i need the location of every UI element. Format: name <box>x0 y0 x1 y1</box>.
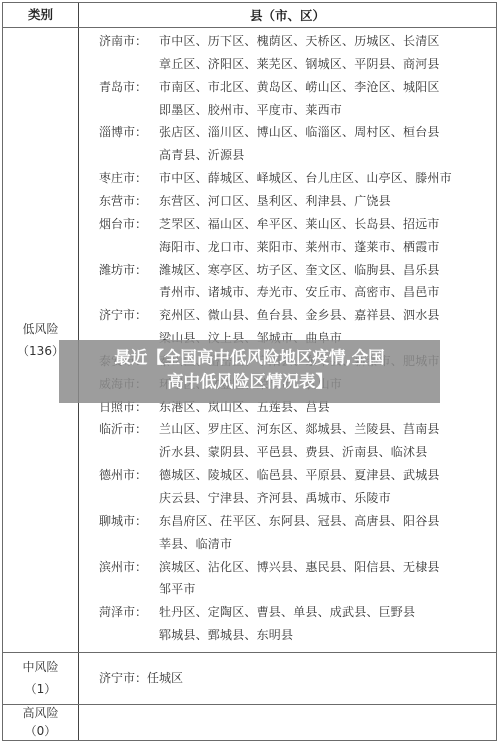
district-list: 市中区、薛城区、峄城区、台儿庄区、山亭区、滕州市 <box>159 167 452 189</box>
overlay-title-line1: 最近【全国高中低风险地区疫情,全国 <box>59 346 440 370</box>
medium-risk-category-cell: 中风险 （1） <box>3 652 78 704</box>
city-name: 枣庄市： <box>99 167 159 189</box>
district-list: 莘县、临清市 <box>159 533 232 555</box>
district-list: 郓城县、鄄城县、东明县 <box>159 624 293 646</box>
district-list: 沂水县、蒙阴县、平邑县、费县、沂南县、临沭县 <box>159 441 427 463</box>
district-list: 兖州区、微山县、鱼台县、金乡县、嘉祥县、泗水县 <box>159 304 440 326</box>
district-list: 任城区 <box>147 671 183 685</box>
district-list: 东昌府区、茌平区、东阿县、冠县、高唐县、阳谷县 <box>159 510 440 532</box>
low-risk-count: （136） <box>17 340 64 362</box>
district-list: 市南区、市北区、黄岛区、崂山区、李沧区、城阳区 <box>159 76 440 98</box>
city-name: 东营市： <box>99 190 159 212</box>
district-list: 高青县、沂源县 <box>159 144 244 166</box>
district-list: 市中区、历下区、槐荫区、天桥区、历城区、长清区 <box>159 30 440 52</box>
district-list: 青州市、诸城市、寿光市、安丘市、高密市、昌邑市 <box>159 281 440 303</box>
district-list: 张店区、淄川区、博山区、临淄区、周村区、桓台县 <box>159 121 440 143</box>
city-name: 济南市： <box>99 30 159 52</box>
title-overlay-banner: 最近【全国高中低风险地区疫情,全国 高中低风险区情况表】 <box>59 340 440 403</box>
header-category: 类别 <box>28 4 53 26</box>
city-name: 德州市： <box>99 464 159 486</box>
district-list: 庆云县、宁津县、齐河县、禹城市、乐陵市 <box>159 487 391 509</box>
low-risk-label: 低风险 <box>22 318 58 340</box>
city-name: 济宁市： <box>99 304 159 326</box>
medium-risk-count: （1） <box>25 678 57 700</box>
overlay-title-line2: 高中低风险区情况表】 <box>59 370 440 394</box>
city-name: 烟台市： <box>99 213 159 235</box>
district-list: 滨城区、沾化区、博兴县、惠民县、阳信县、无棣县 <box>159 556 440 578</box>
district-list: 邹平市 <box>159 578 196 600</box>
city-name: 滨州市： <box>99 556 159 578</box>
district-list: 东营区、河口区、垦利区、利津县、广饶县 <box>159 190 391 212</box>
high-risk-label: 高风险 <box>22 704 58 722</box>
district-list: 章丘区、济阳区、莱芜区、钢城区、平阴县、商河县 <box>159 53 440 75</box>
medium-risk-area-line: 济宁市：任城区 <box>99 667 183 689</box>
district-list: 即墨区、胶州市、平度市、莱西市 <box>159 99 342 121</box>
high-risk-category-cell: 高风险 （0） <box>3 704 78 740</box>
medium-risk-areas: 济宁市：任城区 <box>79 652 496 704</box>
city-name: 菏泽市： <box>99 601 159 623</box>
city-name: 济宁市： <box>99 671 147 685</box>
district-list: 芝罘区、福山区、牟平区、莱山区、长岛县、招远市 <box>159 213 440 235</box>
city-name: 淄博市： <box>99 121 159 143</box>
high-risk-count: （0） <box>25 722 57 740</box>
district-list: 牡丹区、定陶区、曹县、单县、成武县、巨野县 <box>159 601 415 623</box>
medium-risk-label: 中风险 <box>22 656 58 678</box>
district-list: 兰山区、罗庄区、河东区、郯城县、兰陵县、莒南县 <box>159 418 440 440</box>
city-name: 潍坊市： <box>99 259 159 281</box>
high-risk-areas <box>79 704 496 740</box>
city-name: 聊城市： <box>99 510 159 532</box>
header-areas: 县（市、区） <box>250 8 325 23</box>
header-areas-cell: 县（市、区） <box>79 3 496 27</box>
city-name: 临沂市： <box>99 418 159 440</box>
city-name: 青岛市： <box>99 76 159 98</box>
district-list: 德城区、陵城区、临邑县、平原县、夏津县、武城县 <box>159 464 440 486</box>
district-list: 潍城区、寒亭区、坊子区、奎文区、临朐县、昌乐县 <box>159 259 440 281</box>
district-list: 海阳市、龙口市、莱阳市、莱州市、蓬莱市、栖霞市 <box>159 236 440 258</box>
header-category-cell: 类别 <box>3 3 78 27</box>
